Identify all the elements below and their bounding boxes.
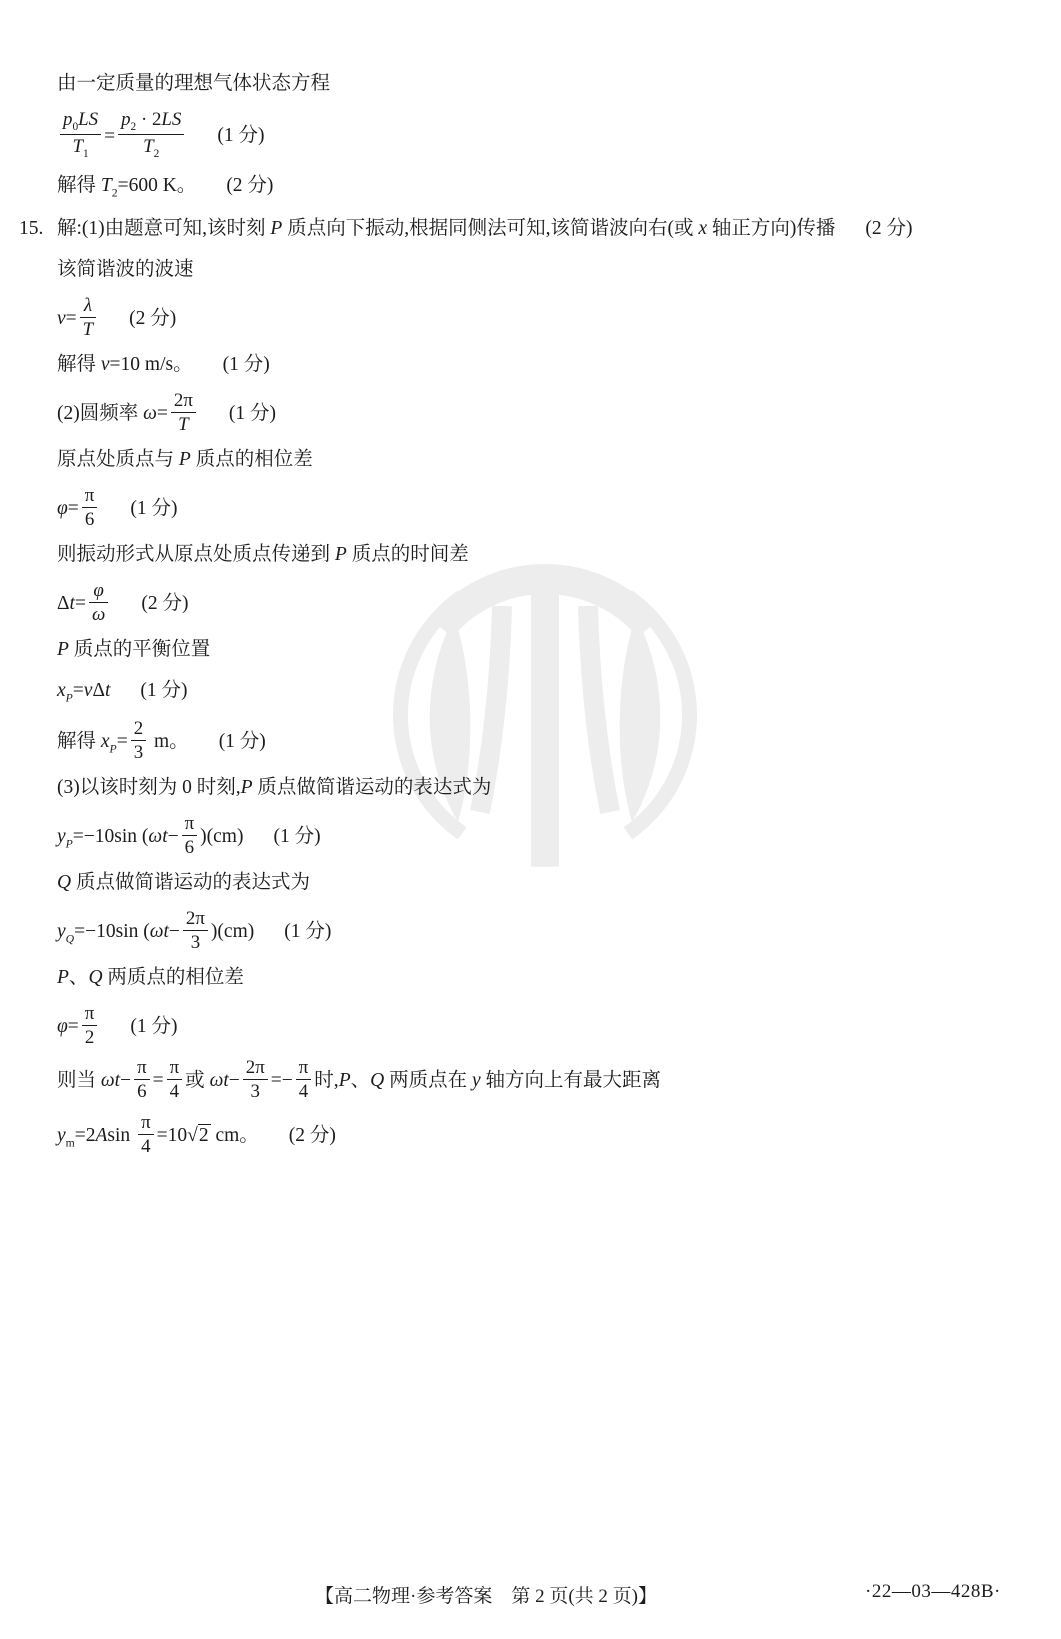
answer-line: xP=vΔt(1 分) [57, 677, 1039, 707]
footer-page-label: 【高二物理·参考答案 第 2 页(共 2 页)】 [315, 1581, 657, 1608]
answer-line: Q 质点做简谐运动的表达式为 [57, 869, 1039, 897]
answer-line: P 质点的平衡位置 [57, 636, 1039, 664]
answer-line: (2)圆频率 ω=2πT(1 分) [57, 392, 1039, 437]
answer-line: 则当 ωt−π6=π4或 ωt−2π3=−π4时,P、Q 两质点在 y 轴方向上… [57, 1059, 1039, 1104]
answer-line: 该简谐波的波速 [57, 256, 1039, 284]
question-number: 15. [19, 215, 43, 243]
answer-line: 则振动形式从原点处质点传递到 P 质点的时间差 [57, 541, 1039, 569]
answer-line: ym=2Asin π4=10√2 cm。(2 分) [57, 1114, 1039, 1159]
answer-line: yQ=−10sin (ωt−2π3)(cm)(1 分) [57, 910, 1039, 955]
answer-line: v=λT(2 分) [57, 297, 1039, 342]
answer-line: φ=π6(1 分) [57, 487, 1039, 532]
answer-line: yP=−10sin (ωt−π6)(cm)(1 分) [57, 815, 1039, 860]
answer-line: Δt=φω(2 分) [57, 582, 1039, 627]
footer-form-code: ·22—03—428B· [865, 1581, 1001, 1603]
answer-line: P、Q 两质点的相位差 [57, 964, 1039, 992]
answer-line: 由一定质量的理想气体状态方程 [57, 70, 1039, 98]
answer-line: 解得 xP=23 m。(1 分) [57, 720, 1039, 765]
answer-sheet-page: 由一定质量的理想气体状态方程p0LST1=p2 · 2LST2(1 分)解得 T… [0, 0, 1061, 1639]
answer-line: p0LST1=p2 · 2LST2(1 分) [57, 111, 1039, 164]
answers-content: 由一定质量的理想气体状态方程p0LST1=p2 · 2LST2(1 分)解得 T… [57, 70, 1039, 1168]
answer-line: (3)以该时刻为 0 时刻,P 质点做简谐运动的表达式为 [57, 774, 1039, 802]
answer-line: 15.解:(1)由题意可知,该时刻 P 质点向下振动,根据同侧法可知,该简谐波向… [57, 215, 1039, 243]
answer-line: φ=π2(1 分) [57, 1005, 1039, 1050]
answer-line: 解得 T2=600 K。(2 分) [57, 172, 1039, 202]
answer-line: 解得 v=10 m/s。(1 分) [57, 351, 1039, 379]
answer-line: 原点处质点与 P 质点的相位差 [57, 446, 1039, 474]
